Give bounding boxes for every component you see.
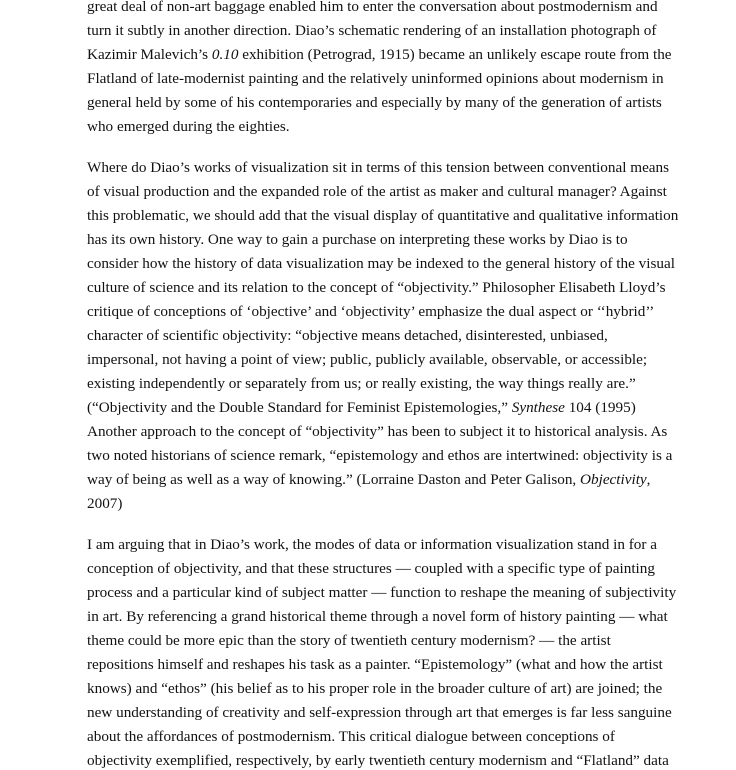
text-line: general held by some of his contemporari… xyxy=(87,91,667,115)
italic-title: 0.10 xyxy=(212,46,239,63)
italic-title: Objectivity xyxy=(580,471,647,488)
text-run: 2007) xyxy=(87,495,122,512)
text-run: objectivity exemplified, respectively, b… xyxy=(87,752,669,769)
text-run: exhibition (Petrograd, 1915) became an u… xyxy=(238,46,671,63)
text-run: general held by some of his contemporari… xyxy=(87,94,662,111)
text-run: this problematic, we should add that the… xyxy=(87,207,678,224)
text-line: knows) and “ethos” (his belief as to his… xyxy=(87,677,667,701)
text-run: Where do Diao’s works of visualization s… xyxy=(87,159,669,176)
text-line: objectivity exemplified, respectively, b… xyxy=(87,749,667,770)
text-line: culture of science and its relation to t… xyxy=(87,276,667,300)
text-line: character of scientific objectivity: “ob… xyxy=(87,324,667,348)
text-line: Kazimir Malevich’s 0.10 exhibition (Petr… xyxy=(87,43,667,67)
text-line: about the affordances of postmodernism. … xyxy=(87,725,667,749)
text-run: of visual production and the expanded ro… xyxy=(87,183,667,200)
text-line: consider how the history of data visuali… xyxy=(87,252,667,276)
text-line: repositions himself and reshapes his tas… xyxy=(87,653,667,677)
text-line: existing independently or separately fro… xyxy=(87,372,667,396)
text-run: two noted historians of science remark, … xyxy=(87,447,672,464)
text-run: about the affordances of postmodernism. … xyxy=(87,728,615,745)
text-run: (“Objectivity and the Double Standard fo… xyxy=(87,399,512,416)
text-run: new understanding of creativity and self… xyxy=(87,704,672,721)
paragraph-malevich-escape-route: great deal of non-art baggage enabled hi… xyxy=(87,0,667,139)
text-line: Another approach to the concept of “obje… xyxy=(87,420,667,444)
text-run: theme could be more epic than the story … xyxy=(87,632,611,649)
text-run: turn it subtly in another direction. Dia… xyxy=(87,22,656,39)
text-run: 104 (1995) xyxy=(565,399,636,416)
text-run: conception of objectivity, and that thes… xyxy=(87,560,655,577)
text-run: consider how the history of data visuali… xyxy=(87,255,675,272)
text-line: way of being as well as a way of knowing… xyxy=(87,468,667,492)
text-line: theme could be more epic than the story … xyxy=(87,629,667,653)
text-run: process and a particular kind of subject… xyxy=(87,584,676,601)
text-run: who emerged during the eighties. xyxy=(87,118,290,135)
text-line: in art. By referencing a grand historica… xyxy=(87,605,667,629)
text-line: of visual production and the expanded ro… xyxy=(87,180,667,204)
text-run: knows) and “ethos” (his belief as to his… xyxy=(87,680,662,697)
text-run: critique of conceptions of ‘objective’ a… xyxy=(87,303,654,320)
text-line: 2007) xyxy=(87,492,667,516)
text-line: Flatland of late-modernist painting and … xyxy=(87,67,667,91)
text-line: conception of objectivity, and that thes… xyxy=(87,557,667,581)
text-run: in art. By referencing a grand historica… xyxy=(87,608,668,625)
text-run: existing independently or separately fro… xyxy=(87,375,636,392)
text-line: two noted historians of science remark, … xyxy=(87,444,667,468)
paragraph-diao-argument: I am arguing that in Diao’s work, the mo… xyxy=(87,533,667,770)
text-line: process and a particular kind of subject… xyxy=(87,581,667,605)
text-line: turn it subtly in another direction. Dia… xyxy=(87,19,667,43)
text-run: I am arguing that in Diao’s work, the mo… xyxy=(87,536,657,553)
paragraph-objectivity-history: Where do Diao’s works of visualization s… xyxy=(87,156,667,516)
text-run: great deal of non-art baggage enabled hi… xyxy=(87,0,658,15)
document-page: great deal of non-art baggage enabled hi… xyxy=(87,0,667,770)
text-line: I am arguing that in Diao’s work, the mo… xyxy=(87,533,667,557)
text-run: Flatland of late-modernist painting and … xyxy=(87,70,664,87)
text-line: (“Objectivity and the Double Standard fo… xyxy=(87,396,667,420)
text-line: who emerged during the eighties. xyxy=(87,115,667,139)
text-line: has its own history. One way to gain a p… xyxy=(87,228,667,252)
text-run: , xyxy=(647,471,651,488)
italic-title: Synthese xyxy=(512,399,565,416)
text-line: impersonal, not having a point of view; … xyxy=(87,348,667,372)
text-line: Where do Diao’s works of visualization s… xyxy=(87,156,667,180)
text-line: critique of conceptions of ‘objective’ a… xyxy=(87,300,667,324)
text-run: repositions himself and reshapes his tas… xyxy=(87,656,663,673)
text-line: great deal of non-art baggage enabled hi… xyxy=(87,0,667,19)
text-run: Kazimir Malevich’s xyxy=(87,46,212,63)
text-run: character of scientific objectivity: “ob… xyxy=(87,327,608,344)
text-run: culture of science and its relation to t… xyxy=(87,279,666,296)
text-run: Another approach to the concept of “obje… xyxy=(87,423,667,440)
text-line: this problematic, we should add that the… xyxy=(87,204,667,228)
text-run: way of being as well as a way of knowing… xyxy=(87,471,580,488)
text-run: has its own history. One way to gain a p… xyxy=(87,231,628,248)
text-line: new understanding of creativity and self… xyxy=(87,701,667,725)
text-run: impersonal, not having a point of view; … xyxy=(87,351,647,368)
